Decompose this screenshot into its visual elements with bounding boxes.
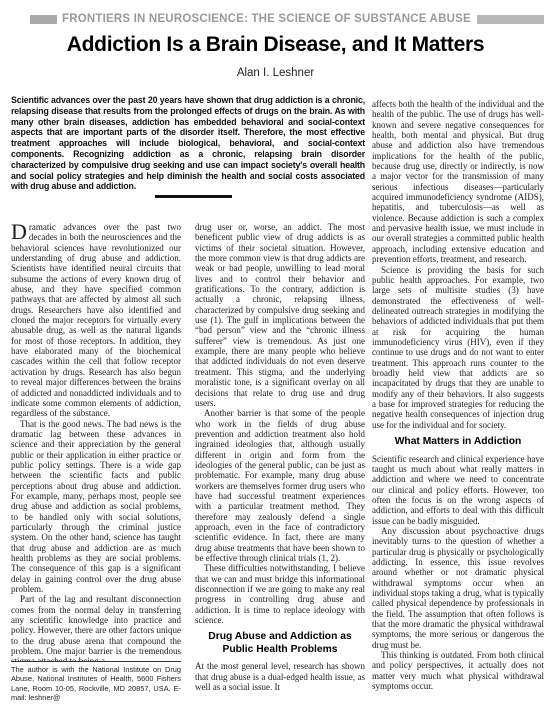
article-title: Addiction Is a Brain Disease, and It Mat… [0,33,551,57]
abstract-text: Scientific advances over the past 20 yea… [11,95,365,192]
paragraph: These difficulties notwithstanding, I be… [195,563,365,625]
column-2: drug user or, worse, an addict. The most… [195,222,365,705]
author-footnote: The author is with the National Institut… [11,661,181,703]
section-heading-what-matters: What Matters in Addiction [376,436,540,449]
section-banner-label: FRONTIERS IN NEUROSCIENCE: THE SCIENCE O… [62,13,471,25]
paragraph: Part of the lag and resultant disconnect… [11,594,181,666]
paragraph: Any discussion about psychoactive drugs … [372,526,544,650]
column-3: affects both the health of the individua… [372,99,544,705]
paragraph: Scientific research and clinical experie… [372,454,544,526]
paragraph: Science is providing the basis for such … [372,265,544,431]
abstract-divider-rule [155,195,232,198]
footnote-rule [11,661,181,662]
paragraph: Dramatic advances over the past two deca… [11,222,181,419]
author-name: Alan I. Leshner [0,67,551,79]
footnote-text: The author is with the National Institut… [11,665,181,703]
paragraph: drug user or, worse, an addict. The most… [195,222,365,408]
banner-right-bar-icon [477,15,544,24]
paragraph: That is the good news. The bad news is t… [11,419,181,595]
section-banner: FRONTIERS IN NEUROSCIENCE: THE SCIENCE O… [30,13,544,25]
paragraph: At the most general level, research has … [195,661,365,692]
paragraph-text: ramatic advances over the past two decad… [11,222,181,418]
column-1: Dramatic advances over the past two deca… [11,222,181,705]
paragraph: This thinking is outdated. From both cli… [372,650,544,691]
paper-page: FRONTIERS IN NEUROSCIENCE: THE SCIENCE O… [0,0,551,705]
drop-cap: D [11,223,27,241]
banner-left-bar-icon [30,15,57,24]
paragraph: affects both the health of the individua… [372,99,544,265]
paragraph: Another barrier is that some of the peop… [195,408,365,563]
section-heading-public-health: Drug Abuse and Addiction as Public Healt… [199,631,361,656]
